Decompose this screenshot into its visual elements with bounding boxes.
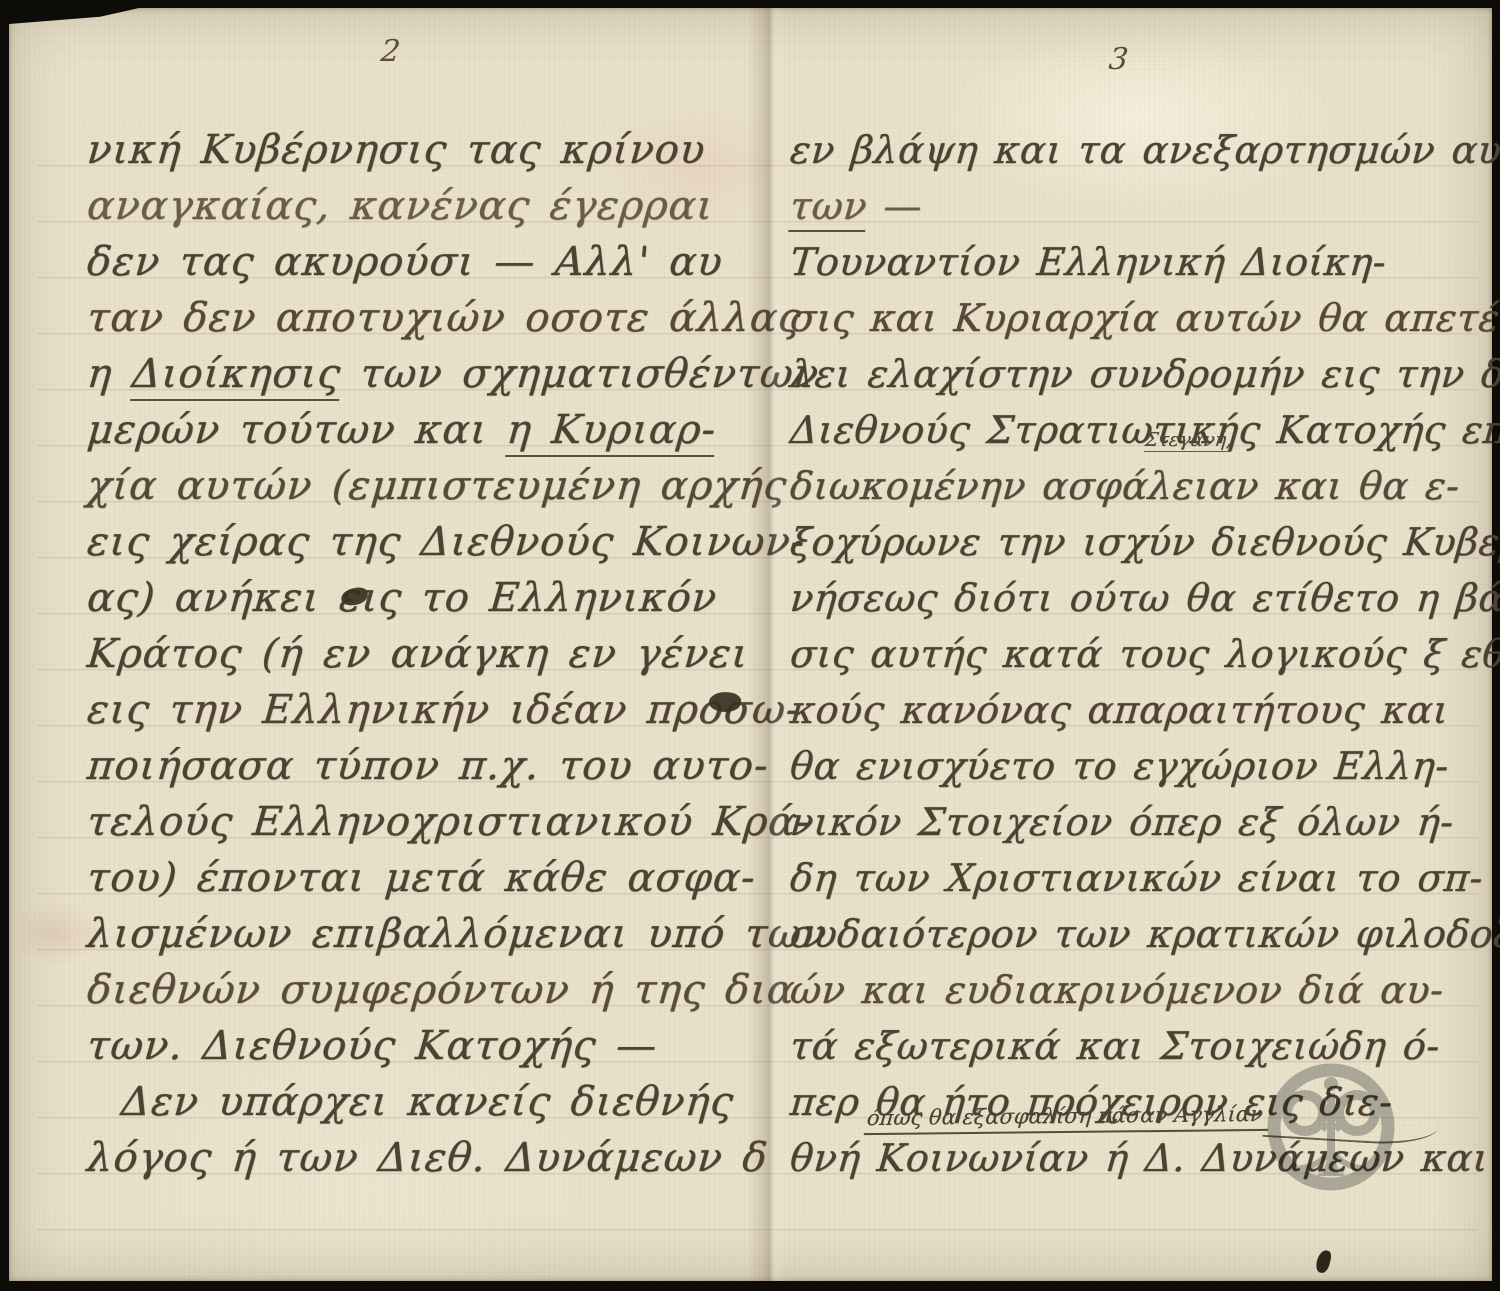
manuscript-line: τά εξωτερικά και Στοιχειώδη ό-	[788, 1018, 1497, 1074]
page-number-left: 2	[379, 34, 402, 69]
left-page-text: νική Κυβέρνησις τας κρίνουαναγκαίας, καν…	[85, 122, 757, 1186]
manuscript-line: ουδαιότερον των κρατικών φιλοδοξι-	[788, 906, 1497, 962]
manuscript-line: κούς κανόνας απαραιτήτους και	[788, 682, 1497, 738]
manuscript-line: λει ελαχίστην συνδρομήν εις την διά	[788, 346, 1497, 402]
manuscript-line: ξοχύρωνε την ισχύν διεθνούς Κυβερ-	[788, 514, 1497, 570]
manuscript-line: εις χείρας της Διεθνούς Κοινων-	[85, 514, 762, 570]
manuscript-line: των —	[788, 178, 1497, 234]
manuscript-line: αναγκαίας, κανένας έγερραι	[85, 178, 762, 234]
underlined-word: η Κυριαρ-	[505, 407, 718, 457]
manuscript-line: θα ενισχύετο το εγχώριον Ελλη-	[788, 738, 1497, 794]
manuscript-line: λόγος ή των Διεθ. Δυνάμεων δ	[85, 1130, 762, 1186]
scan-background: { "left_page": { "page_number": "2", "li…	[0, 0, 1500, 1291]
underlined-word: Διοίκησις	[130, 351, 343, 401]
manuscript-line: νήσεως διότι ούτω θα ετίθετο η βά-	[788, 570, 1497, 626]
manuscript-line: Τουναντίον Ελληνική Διοίκη-	[788, 234, 1497, 290]
manuscript-line: νική Κυβέρνησις τας κρίνου	[85, 122, 762, 178]
manuscript-line: δεν τας ακυρούσι — Αλλ' αυ	[85, 234, 762, 290]
manuscript-line: εις την Ελληνικήν ιδέαν προσω-	[85, 682, 762, 738]
manuscript-line: Δεν υπάρχει κανείς διεθνής	[85, 1074, 762, 1130]
right-page: 3 εν βλάψη και τα ανεξαρτησμών αυ-των —Τ…	[761, 8, 1492, 1281]
manuscript-scan: 2 νική Κυβέρνησις τας κρίνουαναγκαίας, κ…	[9, 8, 1492, 1281]
manuscript-line: ποιήσασα τύπον π.χ. του αυτο-	[85, 738, 762, 794]
manuscript-line: ας) ανήκει εις το Ελληνικόν	[85, 570, 762, 626]
manuscript-line: χία αυτών (εμπιστευμένη αρχής	[85, 458, 762, 514]
right-page-text: εν βλάψη και τα ανεξαρτησμών αυ-των —Του…	[788, 122, 1492, 1186]
page-number-right: 3	[1107, 42, 1130, 77]
underlined-word: των	[788, 184, 869, 232]
manuscript-line: Διεθνούς Στρατιωτικής Κατοχής επι-	[788, 402, 1497, 458]
manuscript-line: εν βλάψη και τα ανεξαρτησμών αυ-	[788, 122, 1497, 178]
manuscript-line: τελούς Ελληνοχριστιανικού Κρά-	[85, 794, 762, 850]
ink-mark	[1314, 1249, 1332, 1274]
manuscript-line: σις και Κυριαρχία αυτών θα απετέ-	[788, 290, 1497, 346]
manuscript-line: δη των Χριστιανικών είναι το σπ-	[788, 850, 1497, 906]
manuscript-line: των. Διεθνούς Κατοχής —	[85, 1018, 762, 1074]
manuscript-line: ταν δεν αποτυχιών οσοτε άλλας	[85, 290, 762, 346]
manuscript-line: διωκομένην ασφάλειαν και θα ε-	[788, 458, 1497, 514]
manuscript-line: λισμένων επιβαλλόμεναι υπό των	[85, 906, 762, 962]
manuscript-line: σις αυτής κατά τους λογικούς ξ εθνι-	[788, 626, 1497, 682]
left-page: 2 νική Κυβέρνησις τας κρίνουαναγκαίας, κ…	[9, 8, 761, 1281]
interline-annotation: όπως θα εξασφαλίση πάσαν Αγγλίαν	[864, 1102, 1270, 1135]
manuscript-line: νικόν Στοιχείον όπερ εξ όλων ή-	[788, 794, 1497, 850]
manuscript-line: Κράτος (ή εν ανάγκη εν γένει	[85, 626, 762, 682]
manuscript-line: διεθνών συμφερόντων ή της δια	[85, 962, 762, 1018]
manuscript-line: του) έπονται μετά κάθε ασφα-	[85, 850, 762, 906]
superscript-annotation: Στεγανή,	[1144, 429, 1234, 452]
manuscript-line: ών και ευδιακρινόμενον διά αυ-	[788, 962, 1497, 1018]
manuscript-line: η Διοίκησις των σχηματισθέντων	[85, 346, 762, 402]
manuscript-line: μερών τούτων και η Κυριαρ-	[85, 402, 762, 458]
